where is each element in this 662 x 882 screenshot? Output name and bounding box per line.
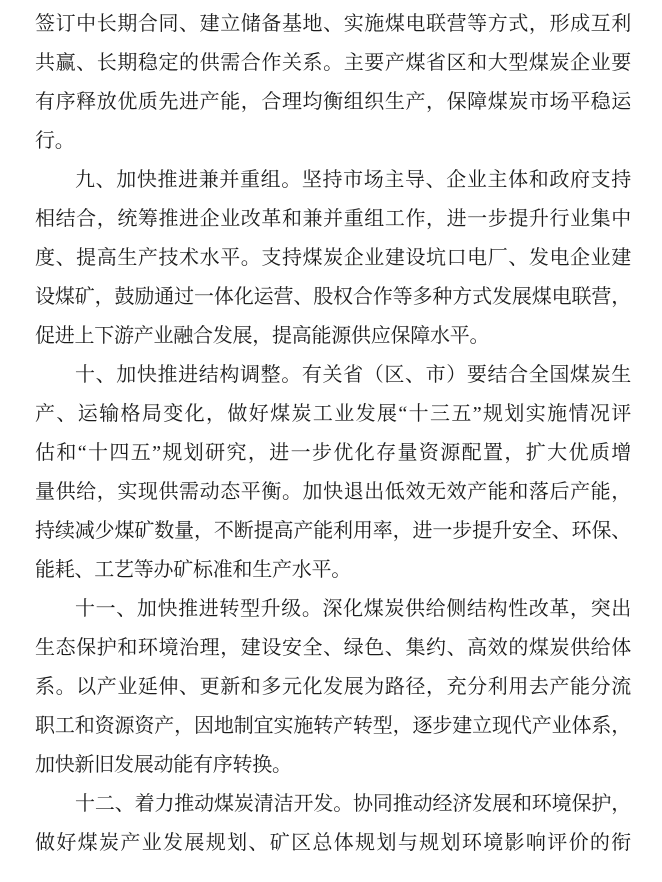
text-line: 度、提高生产技术水平。支持煤炭企业建设坑口电厂、发电企业建: [35, 239, 631, 278]
paragraph: 签订中长期合同、建立储备基地、实施煤电联营等方式，形成互利共赢、长期稳定的供需合…: [35, 5, 631, 161]
text-line: 职工和资源资产，因地制宜实施转产转型，逐步建立现代产业体系，: [35, 707, 631, 746]
text-line: 行。: [35, 122, 631, 161]
text-line: 十二、着力推动煤炭清洁开发。协同推动经济发展和环境保护，: [35, 785, 631, 824]
text-line: 有序释放优质先进产能，合理均衡组织生产，保障煤炭市场平稳运: [35, 83, 631, 122]
text-line: 量供给，实现供需动态平衡。加快退出低效无效产能和落后产能，: [35, 473, 631, 512]
paragraph: 九、加快推进兼并重组。坚持市场主导、企业主体和政府支持相结合，统筹推进企业改革和…: [35, 161, 631, 356]
text-line: 加快新旧发展动能有序转换。: [35, 746, 631, 785]
text-line: 相结合，统筹推进企业改革和兼并重组工作，进一步提升行业集中: [35, 200, 631, 239]
text-line: 共赢、长期稳定的供需合作关系。主要产煤省区和大型煤炭企业要: [35, 44, 631, 83]
text-line: 设煤矿，鼓励通过一体化运营、股权合作等多种方式发展煤电联营，: [35, 278, 631, 317]
text-line: 签订中长期合同、建立储备基地、实施煤电联营等方式，形成互利: [35, 5, 631, 44]
text-line: 产、运输格局变化，做好煤炭工业发展“十三五”规划实施情况评: [35, 395, 631, 434]
text-line: 做好煤炭产业发展规划、矿区总体规划与规划环境影响评价的衔: [35, 824, 631, 863]
text-line: 估和“十四五”规划研究，进一步优化存量资源配置，扩大优质增: [35, 434, 631, 473]
document-body: 签订中长期合同、建立储备基地、实施煤电联营等方式，形成互利共赢、长期稳定的供需合…: [35, 5, 631, 863]
text-line: 持续减少煤矿数量，不断提高产能利用率，进一步提升安全、环保、: [35, 512, 631, 551]
paragraph: 十二、着力推动煤炭清洁开发。协同推动经济发展和环境保护，做好煤炭产业发展规划、矿…: [35, 785, 631, 863]
text-line: 九、加快推进兼并重组。坚持市场主导、企业主体和政府支持: [35, 161, 631, 200]
document-page: 签订中长期合同、建立储备基地、实施煤电联营等方式，形成互利共赢、长期稳定的供需合…: [0, 0, 662, 882]
text-line: 系。以产业延伸、更新和多元化发展为路径，充分利用去产能分流: [35, 668, 631, 707]
text-line: 生态保护和环境治理，建设安全、绿色、集约、高效的煤炭供给体: [35, 629, 631, 668]
text-line: 十、加快推进结构调整。有关省（区、市）要结合全国煤炭生: [35, 356, 631, 395]
text-line: 促进上下游产业融合发展，提高能源供应保障水平。: [35, 317, 631, 356]
text-line: 能耗、工艺等办矿标准和生产水平。: [35, 551, 631, 590]
paragraph: 十、加快推进结构调整。有关省（区、市）要结合全国煤炭生产、运输格局变化，做好煤炭…: [35, 356, 631, 590]
text-line: 十一、加快推进转型升级。深化煤炭供给侧结构性改革，突出: [35, 590, 631, 629]
paragraph: 十一、加快推进转型升级。深化煤炭供给侧结构性改革，突出生态保护和环境治理，建设安…: [35, 590, 631, 785]
